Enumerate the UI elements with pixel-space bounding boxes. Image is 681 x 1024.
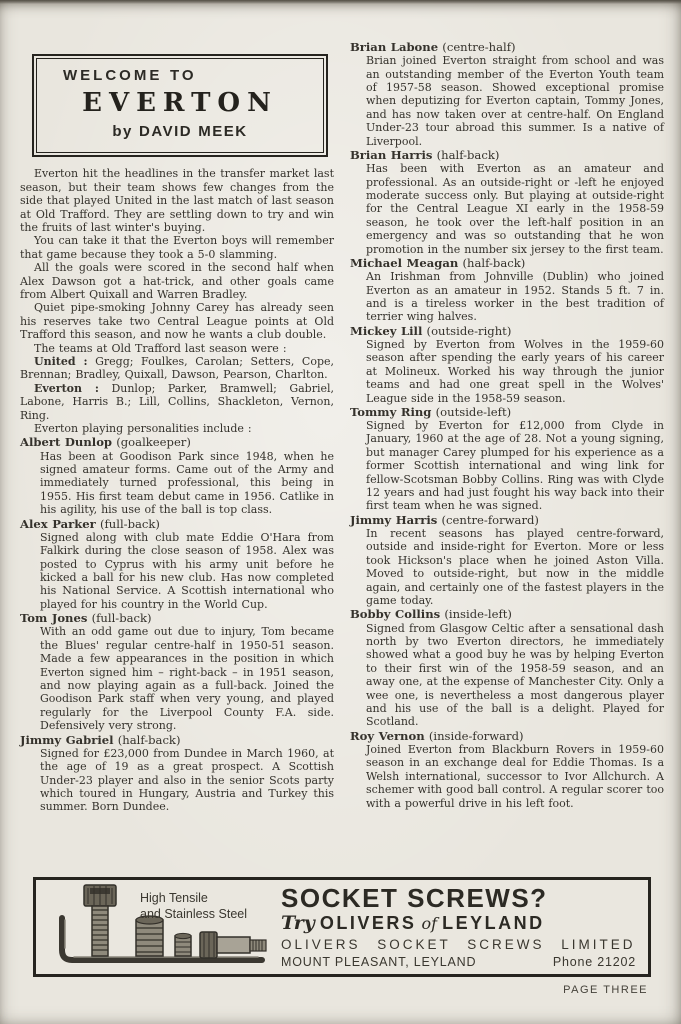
cap-screw-icon — [84, 885, 116, 956]
advert-phone: Phone 21202 — [553, 955, 636, 969]
intro-paragraph: Everton hit the headlines in the transfe… — [20, 167, 334, 234]
scan-edge — [0, 0, 681, 4]
player-entry-lill: Mickey Lill (outside-right) Signed by Ev… — [350, 324, 664, 405]
player-entry-ring: Tommy Ring (outside-left) Signed by Ever… — [350, 405, 664, 513]
tagline-place: LEYLAND — [442, 913, 545, 933]
player-heading: Michael Meagan (half-back) — [350, 256, 664, 270]
player-heading: Roy Vernon (inside-forward) — [350, 729, 664, 743]
tagline-try: Try — [281, 912, 315, 934]
player-bio: Signed from Glasgow Celtic after a sensa… — [366, 622, 664, 729]
player-heading: Brian Harris (half-back) — [350, 148, 664, 162]
byline: by DAVID MEEK — [47, 123, 313, 141]
player-bio: An Irishman from Johnville (Dublin) who … — [366, 270, 664, 324]
player-bio: In recent seasons has played centre-forw… — [366, 527, 664, 607]
player-entry-labone: Brian Labone (centre-half) Brian joined … — [350, 40, 664, 148]
player-entry-gabriel: Jimmy Gabriel (half-back) Signed for £23… — [20, 733, 334, 814]
player-position: (centre-half) — [442, 40, 515, 54]
teams-label: The teams at Old Trafford last season we… — [20, 342, 334, 355]
player-position: (inside-left) — [444, 607, 512, 621]
player-position: (outside-left) — [436, 405, 512, 419]
advert-address: MOUNT PLEASANT, LEYLAND — [281, 955, 476, 969]
welcome-box-inner: WELCOME TO EVERTON by DAVID MEEK — [36, 58, 324, 153]
advert-headline: SOCKET SCREWS? — [281, 885, 636, 911]
advert-company-name: OLIVERS SOCKET SCREWS LIMITED — [281, 937, 636, 952]
player-position: (half-back) — [118, 733, 181, 747]
player-entry-meagan: Michael Meagan (half-back) An Irishman f… — [350, 256, 664, 324]
caption-line: High Tensile — [140, 891, 247, 907]
player-name: Albert Dunlop — [20, 435, 112, 449]
advert-caption: High Tensile and Stainless Steel — [140, 891, 247, 922]
advert-illustration-panel: High Tensile and Stainless Steel — [36, 880, 281, 974]
player-bio: With an odd game out due to injury, Tom … — [40, 625, 334, 732]
player-entry-collins: Bobby Collins (inside-left) Signed from … — [350, 607, 664, 728]
team-name: United : — [34, 355, 88, 368]
player-heading: Tom Jones (full-back) — [20, 611, 334, 625]
advert-address-row: MOUNT PLEASANT, LEYLAND Phone 21202 — [281, 955, 636, 969]
team-lineup-united: United : Gregg; Foulkes, Carolan; Setter… — [20, 355, 334, 382]
player-position: (half-back) — [463, 256, 526, 270]
shoulder-screw-icon — [200, 932, 266, 958]
player-position: (goalkeeper) — [116, 435, 191, 449]
two-column-text: WELCOME TO EVERTON by DAVID MEEK Everton… — [20, 40, 664, 814]
player-heading: Mickey Lill (outside-right) — [350, 324, 664, 338]
player-entry-harris-b: Brian Harris (half-back) Has been with E… — [350, 148, 664, 256]
player-name: Roy Vernon — [350, 729, 425, 743]
player-position: (centre-forward) — [442, 513, 539, 527]
player-name: Jimmy Gabriel — [20, 733, 114, 747]
player-heading: Tommy Ring (outside-left) — [350, 405, 664, 419]
advert-text-panel: SOCKET SCREWS? Try OLIVERS of LEYLAND OL… — [281, 880, 648, 974]
player-bio: Signed by Everton for £12,000 from Clyde… — [366, 419, 664, 513]
player-bio: Signed by Everton from Wolves in the 195… — [366, 338, 664, 405]
intro-paragraph: Quiet pipe-smoking Johnny Carey has alre… — [20, 301, 334, 341]
player-position: (outside-right) — [427, 324, 512, 338]
player-position: (full-back) — [100, 517, 160, 531]
team-lineup-everton: Everton : Dunlop; Parker, Bramwell; Gabr… — [20, 382, 334, 422]
player-position: (inside-forward) — [429, 729, 524, 743]
player-bio: Has been with Everton as an amateur and … — [366, 162, 664, 256]
player-bio: Signed for £23,000 from Dundee in March … — [40, 747, 334, 814]
player-heading: Albert Dunlop (goalkeeper) — [20, 435, 334, 449]
player-bio: Joined Everton from Blackburn Rovers in … — [366, 743, 664, 810]
player-entry-dunlop: Albert Dunlop (goalkeeper) Has been at G… — [20, 435, 334, 516]
player-name: Tommy Ring — [350, 405, 431, 419]
player-name: Mickey Lill — [350, 324, 422, 338]
team-name: Everton : — [34, 382, 99, 395]
player-position: (half-back) — [437, 148, 500, 162]
player-name: Michael Meagan — [350, 256, 458, 270]
player-name: Alex Parker — [20, 517, 96, 531]
player-heading: Alex Parker (full-back) — [20, 517, 334, 531]
player-entry-vernon: Roy Vernon (inside-forward) Joined Evert… — [350, 729, 664, 810]
player-bio: Brian joined Everton straight from schoo… — [366, 54, 664, 148]
programme-page: WELCOME TO EVERTON by DAVID MEEK Everton… — [0, 0, 681, 1024]
welcome-to-text: WELCOME TO — [47, 67, 313, 85]
player-position: (full-back) — [92, 611, 152, 625]
player-bio: Signed along with club mate Eddie O'Hara… — [40, 531, 334, 611]
player-name: Tom Jones — [20, 611, 87, 625]
welcome-box: WELCOME TO EVERTON by DAVID MEEK — [32, 54, 328, 157]
advert-tagline: Try OLIVERS of LEYLAND — [281, 914, 636, 933]
left-column: WELCOME TO EVERTON by DAVID MEEK Everton… — [20, 40, 334, 814]
small-grub-screw-icon — [175, 933, 191, 956]
player-heading: Jimmy Gabriel (half-back) — [20, 733, 334, 747]
advert-socket-screws: High Tensile and Stainless Steel SOCKET … — [33, 877, 651, 977]
page-number: PAGE THREE — [563, 984, 648, 996]
caption-line: and Stainless Steel — [140, 907, 247, 923]
page-title: EVERTON — [47, 88, 313, 120]
player-heading: Bobby Collins (inside-left) — [350, 607, 664, 621]
intro-paragraph: All the goals were scored in the second … — [20, 261, 334, 301]
player-name: Jimmy Harris — [350, 513, 437, 527]
player-entry-harris-j: Jimmy Harris (centre-forward) In recent … — [350, 513, 664, 608]
tagline-brand: OLIVERS — [320, 913, 417, 933]
right-column: Brian Labone (centre-half) Brian joined … — [350, 40, 664, 814]
intro-paragraph: You can take it that the Everton boys wi… — [20, 234, 334, 261]
player-bio: Has been at Goodison Park since 1948, wh… — [40, 450, 334, 517]
tagline-of: of — [422, 914, 438, 933]
player-name: Bobby Collins — [350, 607, 440, 621]
player-entry-parker: Alex Parker (full-back) Signed along wit… — [20, 517, 334, 612]
player-name: Brian Harris — [350, 148, 432, 162]
personalities-intro: Everton playing personalities include : — [20, 422, 334, 435]
player-heading: Jimmy Harris (centre-forward) — [350, 513, 664, 527]
player-name: Brian Labone — [350, 40, 438, 54]
player-heading: Brian Labone (centre-half) — [350, 40, 664, 54]
player-entry-jones: Tom Jones (full-back) With an odd game o… — [20, 611, 334, 732]
